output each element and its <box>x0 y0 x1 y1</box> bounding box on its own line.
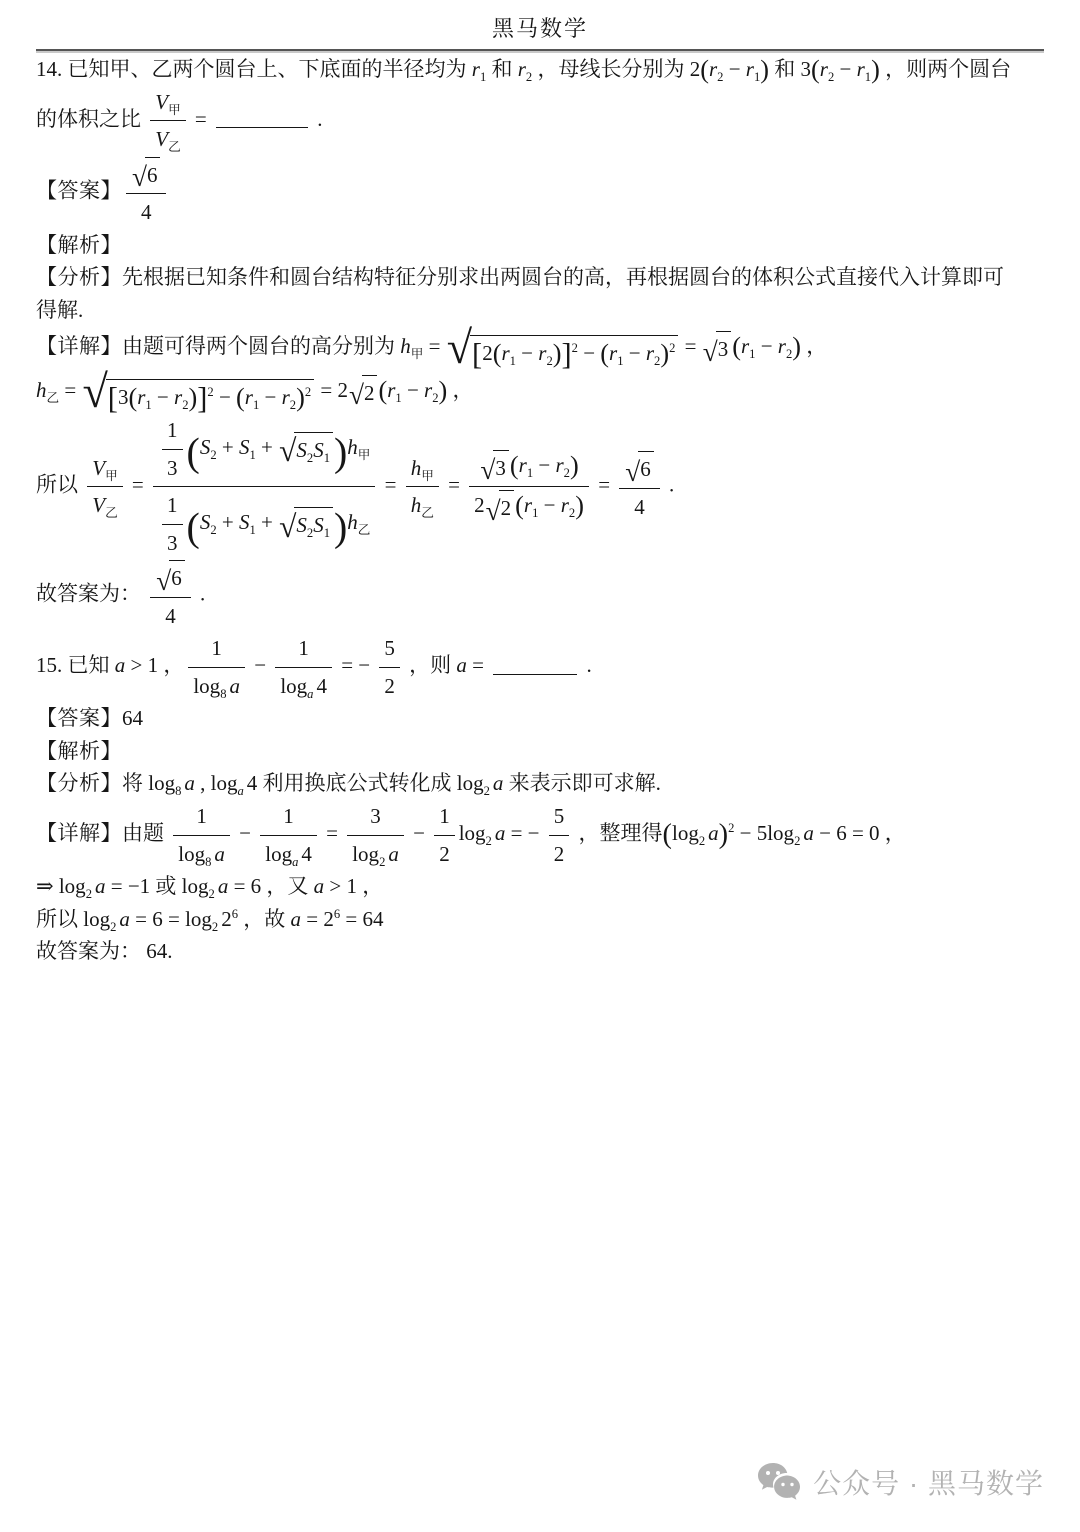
q14-line-1: 14. 已知甲、乙两个圆台上、下底面的半径均为 r1 和 r2 ，母线长分别为 … <box>36 53 1044 86</box>
math-text: = <box>679 334 701 358</box>
fraction-denominator: 3 <box>162 450 183 485</box>
math-subscript: 8 <box>175 785 181 799</box>
math-text: ，母线长分别为 <box>532 57 690 81</box>
fence: ] <box>197 382 207 416</box>
radicand: 2 <box>362 375 378 410</box>
fraction-denominator: 3 <box>162 525 183 560</box>
header-title: 黑马数学 <box>0 0 1080 43</box>
math-text: 1 <box>211 636 222 660</box>
square-root: √6 <box>625 451 653 486</box>
math-text: log <box>148 771 175 795</box>
math-text: , <box>195 771 211 795</box>
math-text: = <box>443 472 465 496</box>
math-text: + <box>217 435 239 459</box>
math-text: 14. 已知甲、乙两个圆台上、下底面的半径均为 <box>36 57 472 81</box>
square-root: √3 <box>703 331 731 366</box>
math-text: + <box>256 435 278 459</box>
math-text: 4 <box>247 771 258 795</box>
fraction: √64 <box>150 559 190 632</box>
math-text: 3 <box>718 337 729 361</box>
fence: ] <box>562 338 572 372</box>
fraction: h甲h乙 <box>406 452 439 522</box>
math-variable: r <box>518 57 526 81</box>
math-subscript: 甲 <box>168 103 181 117</box>
q14-answer-line: 【答案】√64 <box>36 156 1044 229</box>
wechat-watermark: 公众号 · 黑马数学 <box>757 1462 1044 1502</box>
math-subscript: 2 <box>212 920 218 934</box>
fraction: 1log8a <box>173 800 230 870</box>
math-text: 1 <box>196 804 207 828</box>
math-text: = 2 <box>315 378 348 402</box>
q15-line-1: 15. 已知 a > 1 ，1log8a − 1loga4 = − 52 ，则 … <box>36 632 1044 702</box>
radicand: [3(r1 − r2)]2 − (r1 − r2)2 <box>106 379 314 414</box>
radicand: [2(r1 − r2)]2 − (r1 − r2)2 <box>470 335 678 370</box>
fraction: V甲V乙 <box>87 452 122 522</box>
q15-answer-value: 64 <box>122 706 143 730</box>
fence: ) <box>334 505 347 550</box>
math-subscript: 甲 <box>421 469 434 483</box>
wechat-icon <box>757 1462 803 1502</box>
fraction-numerator: 13(S2 + S1 + √S2S1)h甲 <box>153 414 375 487</box>
math-text: = 6 ，又 <box>228 874 313 898</box>
fence: ) <box>334 429 347 474</box>
fraction: 1loga4 <box>275 632 332 702</box>
math-text: > 1 ， <box>125 653 184 677</box>
q14-fenxi-text-line1: 先根据已知条件和圆台结构特征分别求出两圆台的高，再根据圆台的体积公式直接代入计算… <box>122 265 1004 289</box>
fraction: 52 <box>549 800 570 870</box>
answer-blank <box>216 106 308 128</box>
radical-sign: √ <box>82 370 107 414</box>
fence: ) <box>760 55 769 84</box>
math-text: 将 <box>122 771 148 795</box>
math-variable: r <box>561 493 569 517</box>
fence: ) <box>871 55 880 84</box>
fraction-denominator: loga4 <box>275 668 332 703</box>
q14-answer-math: √64 <box>122 178 170 202</box>
math-text: 2 <box>501 496 512 520</box>
math-subscript: 1 <box>324 526 330 540</box>
math-text: . <box>195 582 206 606</box>
answer-blank <box>493 653 577 675</box>
math-text: . <box>312 106 323 130</box>
fence: ) <box>553 339 562 368</box>
square-root: √[3(r1 − r2)]2 − (r1 − r2)2 <box>82 370 314 414</box>
math-variable: a <box>184 771 195 795</box>
fraction-denominator: log8a <box>188 668 245 703</box>
math-variable: r <box>746 57 754 81</box>
math-variable: S <box>313 513 324 537</box>
math-variable: S <box>200 435 211 459</box>
math-text: 6 <box>640 457 651 481</box>
math-subscript: 甲 <box>411 347 424 361</box>
math-text: ，故 <box>238 907 291 931</box>
fraction-numerator: √6 <box>619 450 659 488</box>
math-text: > 1 ， <box>324 874 383 898</box>
math-variable: h <box>347 510 358 534</box>
fraction-denominator: log8a <box>173 836 230 871</box>
math-variable: a <box>803 821 814 845</box>
q14-conclusion-line: 所以 V甲V乙 = 13(S2 + S1 + √S2S1)h甲13(S2 + S… <box>36 414 1044 559</box>
math-variable: r <box>709 57 717 81</box>
fraction-denominator: h乙 <box>406 487 439 522</box>
math-text: ， <box>801 334 827 358</box>
q15-arrow-line: ⇒ log2a = −1 或 log2a = 6 ，又 a > 1 ， <box>36 870 1044 903</box>
math-text: 4 <box>301 842 312 866</box>
math-text: 2 <box>384 674 395 698</box>
fence: ( <box>600 339 609 368</box>
math-text: − <box>533 453 555 477</box>
math-text: = <box>467 653 489 677</box>
fraction: √64 <box>619 450 659 523</box>
q14-detail-line-1: 【详解】由题可得两个圆台的高分别为 h甲 = √[2(r1 − r2)]2 − … <box>36 326 1044 370</box>
math-subscript: 甲 <box>105 469 118 483</box>
fence: ) <box>439 376 448 405</box>
radicand: S2S1 <box>294 432 333 467</box>
math-text: − 6 = 0 ， <box>814 821 906 845</box>
fence: [ <box>108 382 118 416</box>
math-text: − <box>249 653 271 677</box>
fraction: 13 <box>162 489 183 559</box>
math-text: 所以 log <box>36 907 110 931</box>
fence: ) <box>660 339 669 368</box>
math-text: − <box>538 493 560 517</box>
math-text: 来表示即可求解. <box>503 771 661 795</box>
radicand: 2 <box>499 490 515 525</box>
math-variable: r <box>524 493 532 517</box>
q14-fenxi-paragraph: 【分析】先根据已知条件和圆台结构特征分别求出两圆台的高，再根据圆台的体积公式直接… <box>36 261 1044 326</box>
radicand: 6 <box>169 560 185 595</box>
math-subscript: 1 <box>324 451 330 465</box>
fraction-numerator: √3(r1 − r2) <box>469 449 589 487</box>
radicand: 6 <box>638 451 654 486</box>
radicand: S2S1 <box>294 507 333 542</box>
math-variable: S <box>200 510 211 534</box>
math-text: 所以 <box>36 472 83 496</box>
square-root: √6 <box>132 157 160 192</box>
math-variable: r <box>857 57 865 81</box>
math-text: − <box>259 385 281 409</box>
q15-fenxi-line: 【分析】将 log8a , loga4 利用换底公式转化成 log2a 来表示即… <box>36 767 1044 800</box>
math-variable: a <box>95 874 106 898</box>
math-text: . <box>581 653 592 677</box>
fraction-denominator: log2a <box>347 836 404 871</box>
math-variable: a <box>456 653 467 677</box>
fence: ) <box>296 383 305 412</box>
q14-detail-line-2: h乙 = √[3(r1 − r2)]2 − (r1 − r2)2 = 2√2(r… <box>36 370 1044 414</box>
math-text: 2 <box>482 341 493 365</box>
math-text: log <box>265 842 292 866</box>
math-superscript: 2 <box>669 341 675 355</box>
math-variable: a <box>229 674 240 698</box>
fenxi-label: 【分析】 <box>36 771 122 795</box>
fence: ( <box>515 491 524 520</box>
math-text: = 2 <box>301 907 334 931</box>
math-text: 3 <box>167 531 178 555</box>
fence: ( <box>732 332 741 361</box>
fence: ( <box>510 451 519 480</box>
jiexi-label: 【解析】 <box>36 233 122 257</box>
math-subscript: a <box>237 785 243 799</box>
math-variable: V <box>155 127 168 151</box>
fence: ) <box>189 383 198 412</box>
fence: ( <box>700 55 709 84</box>
math-text: 6 <box>171 566 182 590</box>
math-text: = 64 <box>340 907 383 931</box>
fence: ( <box>187 429 200 474</box>
math-text: log <box>672 821 699 845</box>
fenxi-label: 【分析】 <box>36 265 122 289</box>
math-text: 3 <box>167 456 178 480</box>
math-text: ，则两个圆台 <box>880 57 1011 81</box>
math-text: . <box>664 472 675 496</box>
math-subscript: 2 <box>110 920 116 934</box>
math-variable: r <box>174 385 182 409</box>
fence: [ <box>472 338 482 372</box>
math-variable: S <box>239 510 250 534</box>
math-text: 15. 已知 <box>36 653 115 677</box>
math-subscript: 8 <box>220 687 226 701</box>
math-variable: a <box>119 907 130 931</box>
math-text: 2 <box>554 842 565 866</box>
math-text: 2 <box>221 907 232 931</box>
fraction: √64 <box>126 156 166 229</box>
math-subscript: 2 <box>486 834 492 848</box>
math-text: − <box>402 378 424 402</box>
math-text: − <box>516 341 538 365</box>
fence: ) <box>570 451 579 480</box>
fraction-numerator: 1 <box>275 632 332 668</box>
math-variable: r <box>501 341 509 365</box>
math-text: 利用换底公式转化成 <box>257 771 457 795</box>
fraction: 12 <box>434 800 455 870</box>
fence: ( <box>663 819 672 850</box>
q15-answer-line: 【答案】64 <box>36 702 1044 735</box>
math-text: = <box>321 821 343 845</box>
math-text: 的体积之比 <box>36 106 146 130</box>
math-text: 1 <box>167 493 178 517</box>
document-body: 14. 已知甲、乙两个圆台上、下底面的半径均为 r1 和 r2 ，母线长分别为 … <box>0 53 1080 968</box>
fraction: V甲V乙 <box>150 86 185 156</box>
math-variable: h <box>347 435 358 459</box>
math-text: = 6 = log <box>130 907 212 931</box>
math-variable: r <box>778 334 786 358</box>
fraction-numerator: V甲 <box>150 86 185 122</box>
fraction-numerator: 1 <box>260 800 317 836</box>
math-variable: a <box>388 842 399 866</box>
math-text: 由题 <box>122 821 169 845</box>
math-variable: a <box>708 821 719 845</box>
q15-jiexi-line: 【解析】 <box>36 735 1044 768</box>
math-variable: a <box>493 771 504 795</box>
fraction-denominator: 2√2(r1 − r2) <box>469 487 589 524</box>
math-variable: S <box>296 438 307 462</box>
fence: ( <box>128 383 137 412</box>
square-root: √6 <box>156 560 184 595</box>
radicand: 3 <box>493 450 509 485</box>
math-text: − <box>578 341 600 365</box>
math-text: − <box>723 57 745 81</box>
math-subscript: 乙 <box>358 523 371 537</box>
math-variable: S <box>296 513 307 537</box>
math-text: = −1 或 log <box>105 874 208 898</box>
math-text: = <box>190 106 212 130</box>
math-text: − <box>152 385 174 409</box>
math-variable: a <box>115 653 126 677</box>
fence: ) <box>575 491 584 520</box>
math-text: 2 <box>364 381 375 405</box>
fraction: 3log2a <box>347 800 404 870</box>
math-subscript: 2 <box>86 887 92 901</box>
fence: ( <box>811 55 820 84</box>
fraction-denominator: loga4 <box>260 836 317 871</box>
math-variable: h <box>411 456 422 480</box>
square-root: √2 <box>486 490 514 525</box>
math-text: 2 <box>439 842 450 866</box>
answer-label: 【答案】 <box>36 178 122 202</box>
math-text: log <box>193 674 220 698</box>
fraction-denominator: 4 <box>619 489 659 524</box>
math-variable: V <box>92 456 105 480</box>
math-text: = <box>127 472 149 496</box>
wechat-watermark-text: 公众号 · 黑马数学 <box>813 1462 1044 1502</box>
math-text: ，整理得 <box>573 821 662 845</box>
radicand: 6 <box>145 157 161 192</box>
math-variable: r <box>555 453 563 477</box>
fraction-numerator: 3 <box>347 800 404 836</box>
fraction-numerator: 1 <box>162 414 183 450</box>
fraction-numerator: 1 <box>162 489 183 525</box>
math-text: − <box>755 334 777 358</box>
math-text: 3 <box>495 456 506 480</box>
math-variable: a <box>218 874 229 898</box>
q15-final-value: 64. <box>146 939 172 963</box>
fraction-numerator: 1 <box>173 800 230 836</box>
math-subscript: 8 <box>205 855 211 869</box>
math-variable: h <box>36 378 47 402</box>
fence: ( <box>187 505 200 550</box>
math-text: log <box>211 771 238 795</box>
fraction-denominator: V乙 <box>87 487 122 522</box>
square-root: √S2S1 <box>279 432 333 467</box>
answer-label: 【答案】 <box>36 706 122 730</box>
math-text: 1 <box>298 636 309 660</box>
page: 黑马数学 14. 已知甲、乙两个圆台上、下底面的半径均为 r1 和 r2 ，母线… <box>0 0 1080 1532</box>
gu-da-an-label: 故答案为： <box>36 939 141 963</box>
fraction-denominator: 2 <box>379 668 400 703</box>
math-text: 由题可得两个圆台的高分别为 <box>122 334 400 358</box>
square-root: √[2(r1 − r2)]2 − (r1 − r2)2 <box>447 326 679 370</box>
q14-line-2: 的体积之比 V甲V乙 = . <box>36 86 1044 156</box>
fraction: 1loga4 <box>260 800 317 870</box>
math-text: 3 <box>801 57 812 81</box>
math-text: + <box>217 510 239 534</box>
fraction-numerator: V甲 <box>87 452 122 488</box>
math-subscript: 乙 <box>168 140 181 154</box>
math-text: 2 <box>690 57 701 81</box>
math-text: ，则 <box>404 653 457 677</box>
math-subscript: a <box>307 687 313 701</box>
fraction-numerator: 1 <box>188 632 245 668</box>
fraction-numerator: 5 <box>379 632 400 668</box>
math-text: − <box>214 385 236 409</box>
jiexi-label: 【解析】 <box>36 739 122 763</box>
fraction-denominator: 4 <box>150 598 190 633</box>
math-text: − <box>624 341 646 365</box>
math-text: 1 <box>439 804 450 828</box>
q14-final-answer-line: 故答案为： √64 . <box>36 559 1044 632</box>
fraction: 1log8a <box>188 632 245 702</box>
math-text: 和 <box>486 57 518 81</box>
math-variable: S <box>239 435 250 459</box>
square-root: √S2S1 <box>279 507 333 542</box>
math-variable: V <box>92 493 105 517</box>
fraction-denominator: 13(S2 + S1 + √S2S1)h乙 <box>153 487 375 559</box>
fence: ( <box>236 383 245 412</box>
fraction-denominator: 4 <box>126 194 166 229</box>
fraction: √3(r1 − r2)2√2(r1 − r2) <box>469 449 589 525</box>
fraction-numerator: 5 <box>549 800 570 836</box>
math-text: 和 <box>769 57 801 81</box>
math-variable: r <box>472 57 480 81</box>
math-text: log <box>178 842 205 866</box>
math-text: 2 <box>474 493 485 517</box>
math-subscript: 2 <box>209 887 215 901</box>
q15-fenxi-math: 将 log8a , loga4 利用换底公式转化成 log2a 来表示即可求解. <box>122 771 661 795</box>
math-text: − <box>234 821 256 845</box>
fraction-denominator: 2 <box>434 836 455 871</box>
math-text: − <box>408 821 430 845</box>
math-text: − 5log <box>734 821 794 845</box>
math-subscript: 乙 <box>47 391 60 405</box>
math-variable: r <box>820 57 828 81</box>
q15-detail-math: 由题 1log8a − 1loga4 = 3log2a − 12log2a = … <box>122 821 906 845</box>
math-text: + <box>256 510 278 534</box>
fence: ) <box>719 819 728 850</box>
fraction-denominator: V乙 <box>150 121 185 156</box>
fraction-numerator: √6 <box>150 559 190 597</box>
q14-detail-math-1: 由题可得两个圆台的高分别为 h甲 = √[2(r1 − r2)]2 − (r1 … <box>122 334 827 358</box>
math-subscript: 2 <box>379 855 385 869</box>
math-text: = − <box>505 821 544 845</box>
math-variable: r <box>245 385 253 409</box>
fraction: 52 <box>379 632 400 702</box>
math-variable: V <box>155 90 168 114</box>
math-variable: a <box>214 842 225 866</box>
math-text: 故答案为： <box>36 582 146 606</box>
math-text: 1 <box>283 804 294 828</box>
math-subscript: 2 <box>794 834 800 848</box>
math-subscript: 2 <box>699 834 705 848</box>
fraction-numerator: √6 <box>126 156 166 194</box>
math-text: 1 <box>167 418 178 442</box>
math-superscript: 2 <box>305 385 311 399</box>
math-text: = <box>423 334 445 358</box>
math-text: ⇒ log <box>36 874 86 898</box>
fraction-numerator: 1 <box>434 800 455 836</box>
xiangjie-label: 【详解】 <box>36 334 122 358</box>
math-text: 4 <box>141 200 152 224</box>
q15-detail-line: 【详解】由题 1log8a − 1loga4 = 3log2a − 12log2… <box>36 800 1044 870</box>
math-text: log <box>280 674 307 698</box>
math-text: 5 <box>384 636 395 660</box>
fence: ( <box>378 376 387 405</box>
math-variable: a <box>314 874 325 898</box>
math-variable: r <box>282 385 290 409</box>
math-text: 6 <box>147 163 158 187</box>
q14-fenxi-text-line2: 得解. <box>36 298 83 322</box>
math-subscript: 2 <box>484 785 490 799</box>
q15-conclusion-line: 所以 log2a = 6 = log226 ，故 a = 26 = 64 <box>36 903 1044 936</box>
